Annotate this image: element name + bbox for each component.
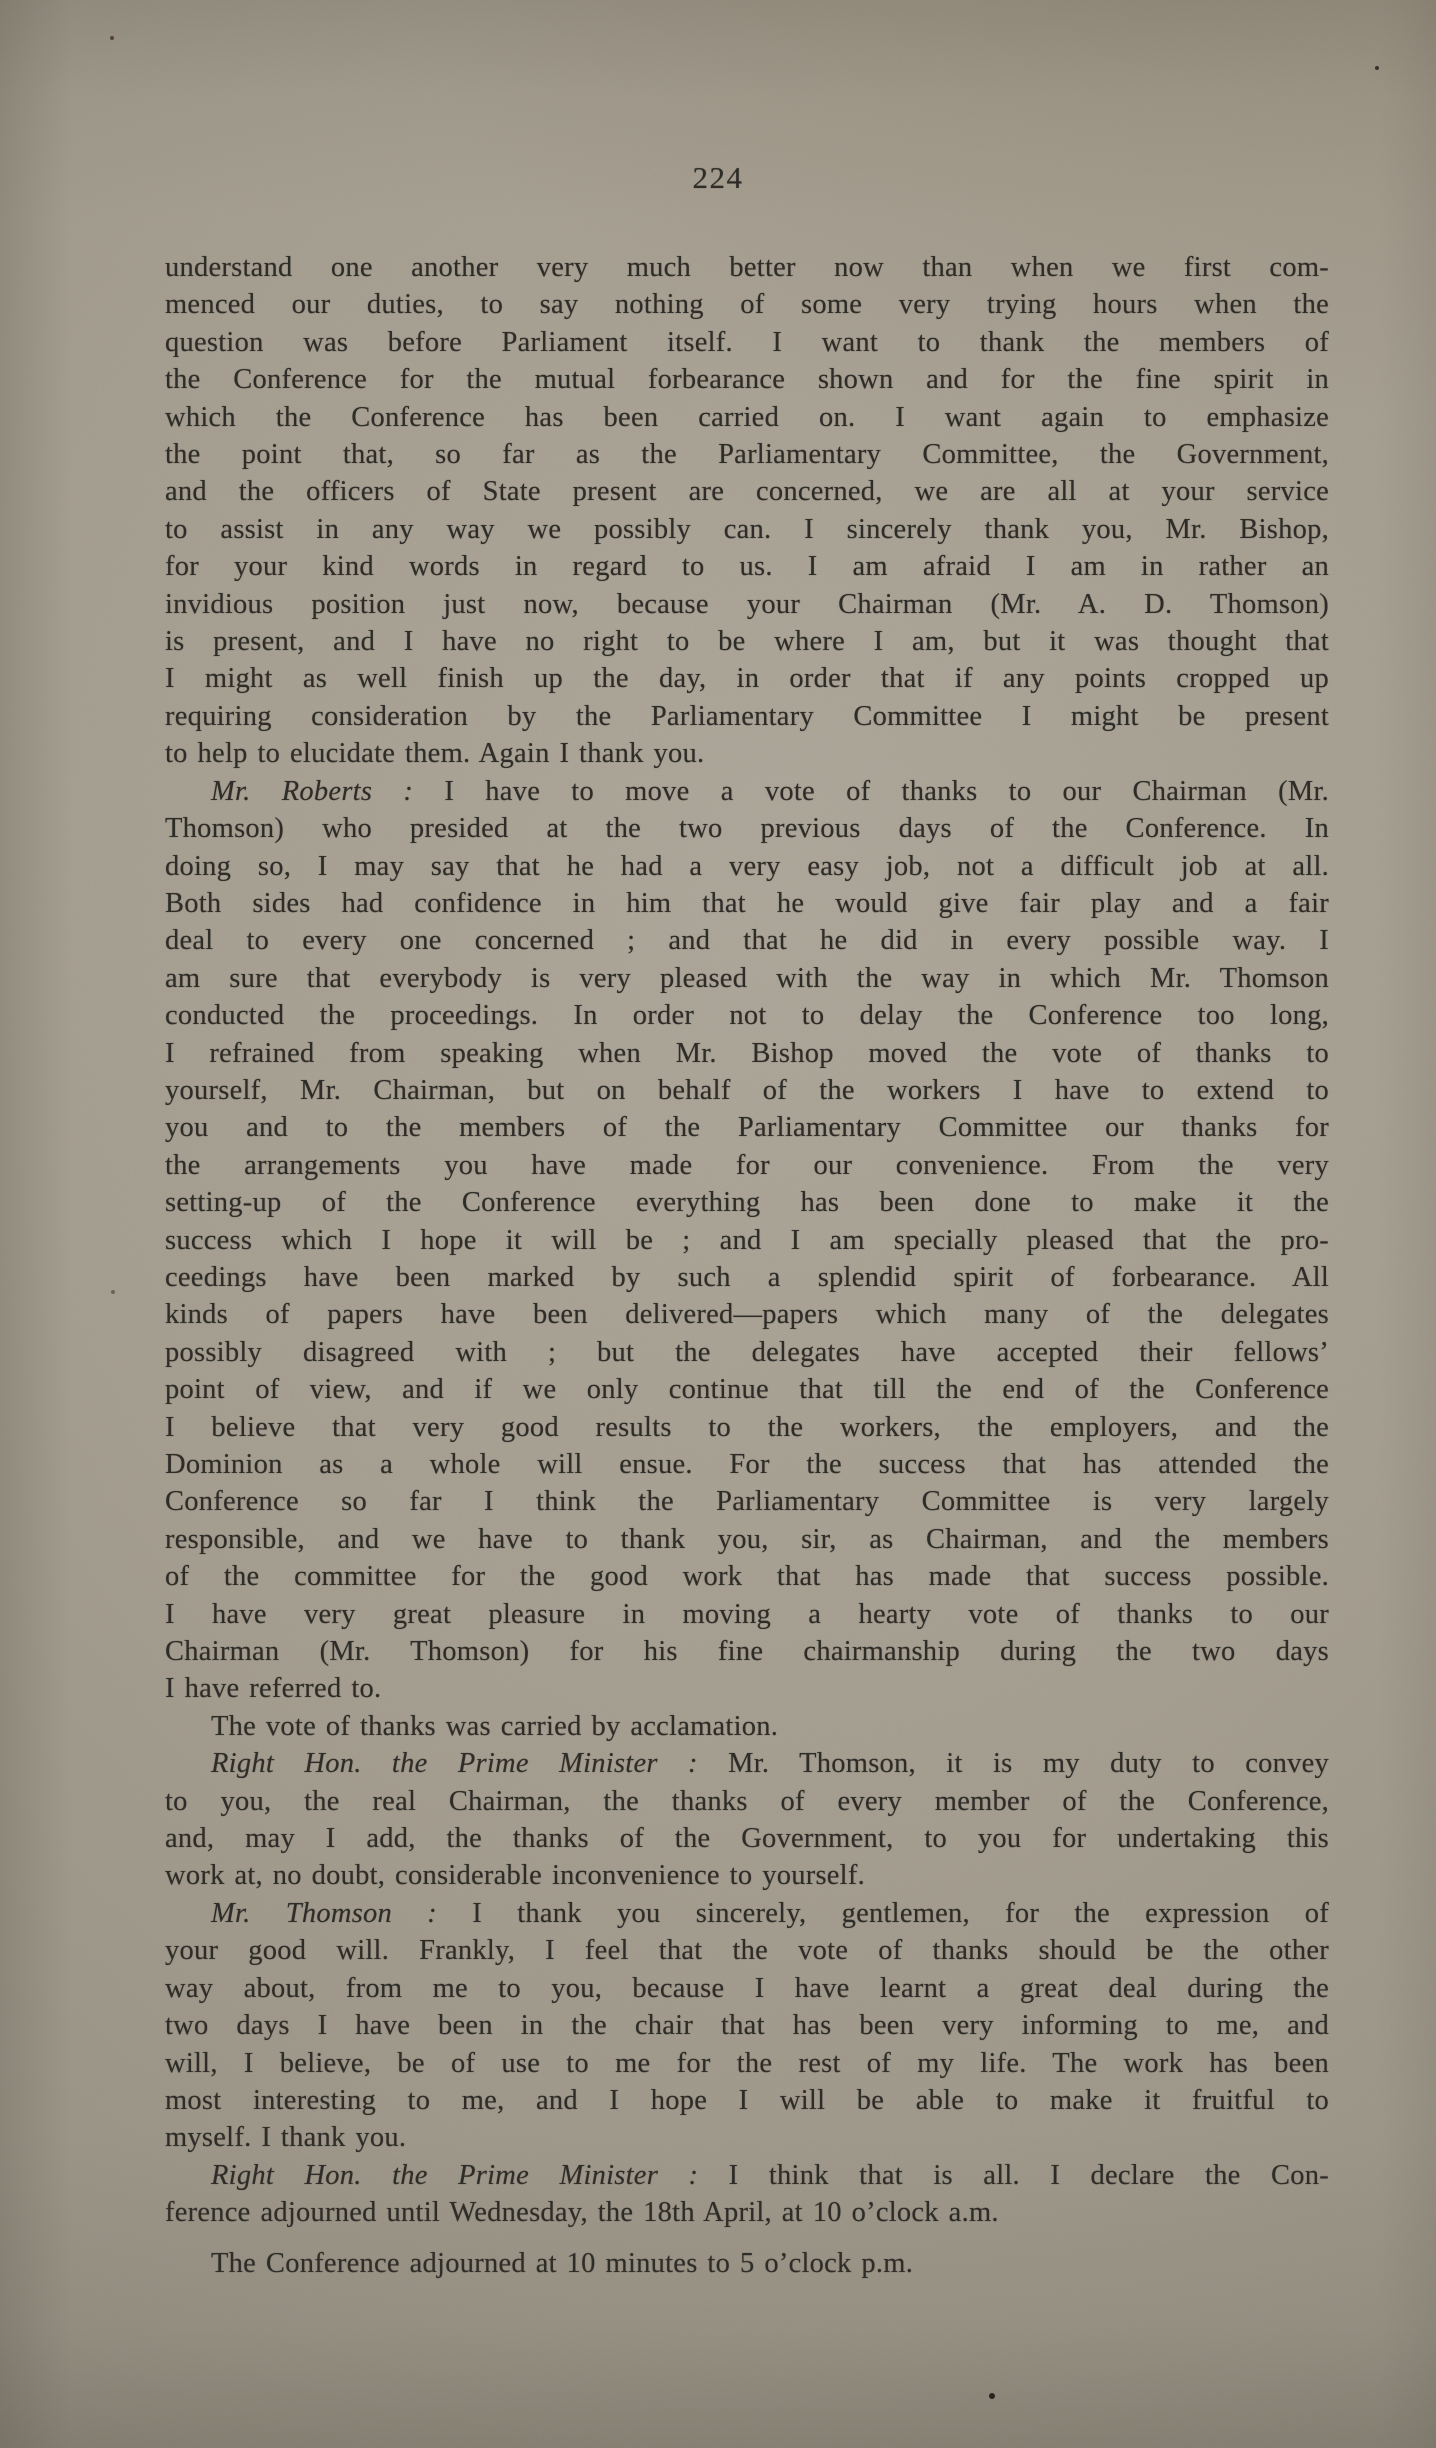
paragraph-2-line-12: setting-up of the Conference everything …	[165, 1184, 1329, 1221]
paragraph-2-line-18: I believe that very good results to the …	[165, 1409, 1329, 1446]
paragraph-4-line-4: work at, no doubt, considerable inconven…	[165, 1857, 1329, 1894]
paragraph-4-line-1: Right Hon. the Prime Minister : Mr. Thom…	[165, 1745, 1329, 1782]
paragraph-2-line-23: I have very great pleasure in moving a h…	[165, 1596, 1329, 1633]
paragraph-5-line-6: most interesting to me, and I hope I wil…	[165, 2082, 1329, 2119]
paragraph-2-line-25: I have referred to.	[165, 1670, 1329, 1707]
paragraph-7: The Conference adjourned at 10 minutes t…	[165, 2245, 1329, 2282]
paragraph-2-line-21: responsible, and we have to thank you, s…	[165, 1521, 1329, 1558]
paragraph-2-line-13: success which I hope it will be ; and I …	[165, 1222, 1329, 1259]
paragraph-5-line-2: your good will. Frankly, I feel that the…	[165, 1932, 1329, 1969]
paragraph-2-line-9: yourself, Mr. Chairman, but on behalf of…	[165, 1072, 1329, 1109]
paragraph-5-line-4: two days I have been in the chair that h…	[165, 2007, 1329, 2044]
paragraph-1-line-1: understand one another very much better …	[165, 249, 1329, 286]
ink-speck	[1375, 66, 1379, 70]
paragraph-3: The vote of thanks was carried by acclam…	[165, 1708, 1329, 1745]
paragraph-1-line-11: is present, and I have no right to be wh…	[165, 623, 1329, 660]
paragraph-2-line-10: you and to the members of the Parliament…	[165, 1109, 1329, 1146]
paragraph-2-line-20: Conference so far I think the Parliament…	[165, 1483, 1329, 1520]
paragraph-2-line-3: doing so, I may say that he had a very e…	[165, 848, 1329, 885]
paragraph-2-line-8: I refrained from speaking when Mr. Bisho…	[165, 1035, 1329, 1072]
paragraph-1-line-7: and the officers of State present are co…	[165, 473, 1329, 510]
paragraph-1-line-3: question was before Parliament itself. I…	[165, 324, 1329, 361]
paragraph-1-line-12: I might as well finish up the day, in or…	[165, 660, 1329, 697]
paragraph-5-line-5: will, I believe, be of use to me for the…	[165, 2045, 1329, 2082]
paragraph-5-line-1: Mr. Thomson : I thank you sincerely, gen…	[165, 1895, 1329, 1932]
paragraph-2-line-14: ceedings have been marked by such a sple…	[165, 1259, 1329, 1296]
paragraph-3-line-1: The vote of thanks was carried by acclam…	[165, 1708, 1329, 1745]
paragraph-1-line-10: invidious position just now, because you…	[165, 586, 1329, 623]
paragraph-1-line-2: menced our duties, to say nothing of som…	[165, 286, 1329, 323]
paragraph-4: Right Hon. the Prime Minister : Mr. Thom…	[165, 1745, 1329, 1895]
paragraph-1-line-6: the point that, so far as the Parliament…	[165, 436, 1329, 473]
paragraph-2-line-6: am sure that everybody is very pleased w…	[165, 960, 1329, 997]
ink-speck	[110, 36, 114, 40]
scanned-book-page: 224 understand one another very much bet…	[0, 0, 1436, 2448]
paragraph-1-line-4: the Conference for the mutual forbearanc…	[165, 361, 1329, 398]
paragraph-2-line-11: the arrangements you have made for our c…	[165, 1147, 1329, 1184]
page-number: 224	[0, 160, 1436, 196]
paragraph-1-line-5: which the Conference has been carried on…	[165, 399, 1329, 436]
paragraph-2-line-7: conducted the proceedings. In order not …	[165, 997, 1329, 1034]
paragraph-6-line-2: ference adjourned until Wednesday, the 1…	[165, 2194, 1329, 2231]
paragraph-2-line-2: Thomson) who presided at the two previou…	[165, 810, 1329, 847]
paragraph-6: Right Hon. the Prime Minister : I think …	[165, 2157, 1329, 2232]
ink-speck	[989, 2393, 995, 2399]
paragraph-1-line-8: to assist in any way we possibly can. I …	[165, 511, 1329, 548]
paragraph-2: Mr. Roberts : I have to move a vote of t…	[165, 773, 1329, 1708]
paragraph-7-line-1: The Conference adjourned at 10 minutes t…	[165, 2245, 1329, 2282]
paragraph-2-line-5: deal to every one concerned ; and that h…	[165, 922, 1329, 959]
paragraph-6-line-1: Right Hon. the Prime Minister : I think …	[165, 2157, 1329, 2194]
paragraph-2-line-4: Both sides had confidence in him that he…	[165, 885, 1329, 922]
paragraph-1-line-9: for your kind words in regard to us. I a…	[165, 548, 1329, 585]
paragraph-2-line-1: Mr. Roberts : I have to move a vote of t…	[165, 773, 1329, 810]
paragraph-1: understand one another very much better …	[165, 249, 1329, 773]
paragraph-1-line-13: requiring consideration by the Parliamen…	[165, 698, 1329, 735]
paragraph-2-line-16: possibly disagreed with ; but the delega…	[165, 1334, 1329, 1371]
speaker-name: Mr. Roberts :	[211, 776, 413, 807]
paragraph-5: Mr. Thomson : I thank you sincerely, gen…	[165, 1895, 1329, 2157]
paragraph-4-line-2: to you, the real Chairman, the thanks of…	[165, 1783, 1329, 1820]
speaker-name: Mr. Thomson :	[211, 1898, 437, 1929]
paragraph-2-line-19: Dominion as a whole will ensue. For the …	[165, 1446, 1329, 1483]
paragraph-2-line-17: point of view, and if we only continue t…	[165, 1371, 1329, 1408]
paragraph-5-line-7: myself. I thank you.	[165, 2119, 1329, 2156]
paragraph-1-line-14: to help to elucidate them. Again I thank…	[165, 735, 1329, 772]
paragraph-2-line-24: Chairman (Mr. Thomson) for his fine chai…	[165, 1633, 1329, 1670]
paragraph-2-line-22: of the committee for the good work that …	[165, 1558, 1329, 1595]
paragraph-2-line-15: kinds of papers have been delivered—pape…	[165, 1296, 1329, 1333]
speaker-name: Right Hon. the Prime Minister :	[211, 2160, 698, 2191]
paragraph-4-line-3: and, may I add, the thanks of the Govern…	[165, 1820, 1329, 1857]
text-block: understand one another very much better …	[165, 249, 1329, 2282]
speaker-name: Right Hon. the Prime Minister :	[211, 1748, 698, 1779]
ink-speck	[111, 1290, 115, 1294]
paragraph-5-line-3: way about, from me to you, because I hav…	[165, 1970, 1329, 2007]
